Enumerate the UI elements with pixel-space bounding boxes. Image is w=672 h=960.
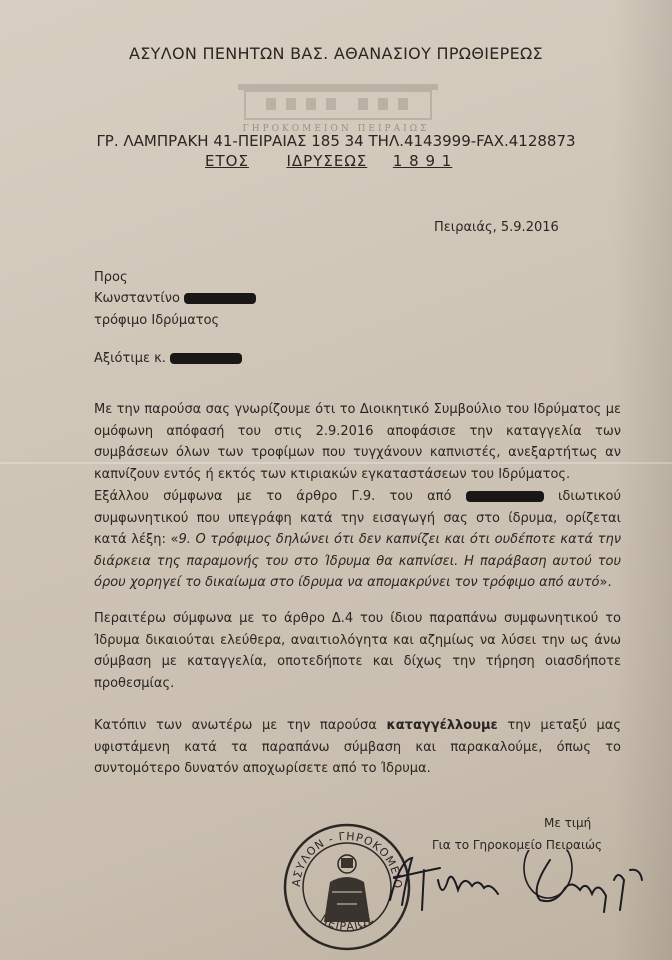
institution-address: ΓΡ. ΛΑΜΠΡΑΚΗ 41-ΠΕΙΡΑΙΑΣ 185 34 ΤΗΛ.4143… — [0, 132, 672, 150]
founded-year-value: 1 8 9 1 — [393, 152, 452, 170]
paragraph-3: Περαιτέρω σύμφωνα με το άρθρο Δ.4 του ίδ… — [94, 608, 621, 694]
recipient-name-line: Κωνσταντίνο — [94, 291, 256, 306]
salutation-line: Αξιότιμε κ. — [94, 351, 242, 366]
redaction-bar — [184, 293, 256, 304]
closing: Με τιμή — [544, 816, 591, 830]
redaction-bar — [170, 353, 242, 364]
recipient-name: Κωνσταντίνο — [94, 291, 180, 306]
building-emblem-icon — [238, 84, 438, 122]
salutation: Αξιότιμε κ. — [94, 351, 166, 366]
recipient-to: Προς — [94, 270, 128, 285]
paragraph-2: Εξάλλου σύμφωνα με το άρθρο Γ.9. του από… — [94, 486, 621, 594]
founded-label: ΙΔΡΥΣΕΩΣ — [287, 152, 368, 170]
redaction-bar — [466, 491, 544, 502]
institution-title: ΑΣΥΛΟΝ ΠΕΝΗΤΩΝ ΒΑΣ. ΑΘΑΝΑΣΙΟΥ ΠΡΩΘΙΕΡΕΩΣ — [0, 44, 672, 63]
paragraph-4: Κατόπιν των ανωτέρω με την παρούσα καταγ… — [94, 715, 621, 780]
emphasis-terminate: καταγγέλλουμε — [386, 718, 497, 733]
recipient-role: τρόφιμο Ιδρύματος — [94, 313, 219, 328]
paragraph-1: Με την παρούσα σας γνωρίζουμε ότι το Διο… — [94, 399, 621, 485]
year-label: ΕΤΟΣ — [205, 152, 249, 170]
signature — [380, 850, 660, 920]
letter-date: Πειραιάς, 5.9.2016 — [434, 220, 559, 235]
founding-year: ΕΤΟΣ ΙΔΡΥΣΕΩΣ 1 8 9 1 — [205, 152, 452, 170]
